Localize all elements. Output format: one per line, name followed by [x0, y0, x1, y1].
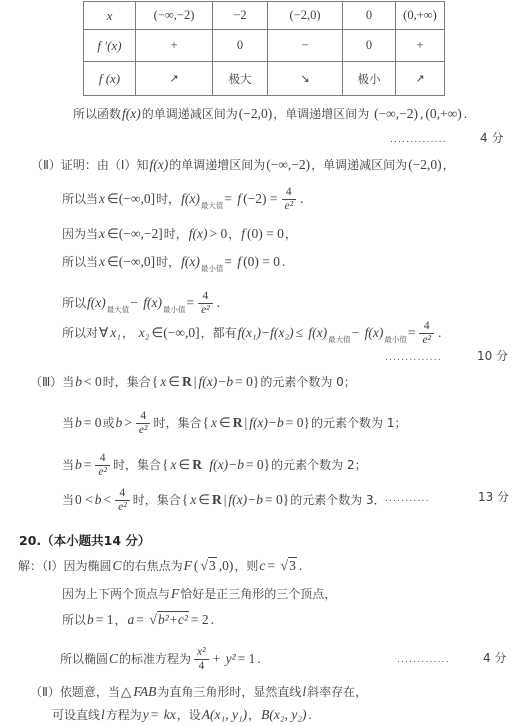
fraction: 4e² — [419, 320, 434, 347]
dots-leader-3: ........... — [385, 487, 430, 509]
table-cell: 极大 — [213, 62, 268, 96]
table-header-cell: (−∞,−2) — [136, 2, 213, 30]
heading-question-20: 20.（本小题共14 分） — [19, 531, 150, 551]
table-header-cell: (−2,0) — [268, 2, 343, 30]
table-header-cell: x — [84, 2, 136, 30]
document-page: x(−∞,−2)−2(−2,0)0(0,+∞)f ′(x)+0−0+f (x)↗… — [0, 0, 524, 726]
table-cell: 0 — [343, 30, 396, 62]
table-cell: − — [268, 30, 343, 62]
fraction: 4e² — [198, 290, 213, 317]
square-root: √3 — [280, 556, 296, 577]
fraction: 4e² — [115, 487, 130, 514]
dots-leader-4: ............. — [397, 648, 450, 670]
line-q20-focus: 解：（Ⅰ）因为椭圆C的右焦点为F(√3,0)，则c= √3. — [18, 556, 303, 577]
table-cell: 极小 — [343, 62, 396, 96]
table-cell: 0 — [213, 30, 268, 62]
table-cell: ↗ — [396, 62, 445, 96]
fraction: 4e² — [282, 186, 297, 213]
table-cell: f ′(x) — [84, 30, 136, 62]
table-cell: ↗ — [136, 62, 213, 96]
line-q20-triangle: 因为上下两个顶点与F恰好是正三角形的三个顶点， — [62, 584, 336, 604]
table-cell: ↘ — [268, 62, 343, 96]
line-q20-part2-intro: （Ⅱ）依题意，当△FAB为直角三角形时，显然直线l斜率存在， — [30, 682, 367, 702]
line-max-minus-min: 所以f(x)最大值− f(x)最小值=4e². — [62, 290, 221, 320]
score-13pts: 13 分 — [478, 487, 509, 507]
line-case-b-equal: 当b=4e²时，集合{x∈R f(x)−b= 0}的元素个数为 2； — [62, 452, 367, 479]
line-monotonic-summary: 所以函数f(x)的单调递减区间为(−2,0)，单调递增区间为 (−∞,−2),(… — [73, 104, 468, 124]
line-q20-line-setup: 可设直线l方程为y= kx，设A(x₁, y₁)，B(x₂, y₂). — [52, 705, 313, 725]
square-root: √b²+c² — [149, 610, 189, 631]
score-10pts: 10 分 — [477, 346, 508, 366]
fraction: x²4 — [194, 646, 209, 673]
table-header-cell: (0,+∞) — [396, 2, 445, 30]
table-cell: + — [136, 30, 213, 62]
score-4pts-2: 4 分 — [483, 648, 506, 668]
line-case-b-zero-or-large: 当b= 0或b>4e²时，集合{x∈R|f(x)−b= 0}的元素个数为 1； — [62, 410, 406, 437]
fraction: 4e² — [136, 410, 151, 437]
line-f-positive: 因为当x∈(−∞,−2]时，f(x)> 0，f(0) = 0， — [62, 224, 297, 244]
dots-leader-1: .............. — [390, 128, 447, 150]
line-min-value: 所以当x∈(−∞,0]时，f(x)最小值= f(0) = 0. — [62, 252, 286, 279]
score-4pts-1: 4 分 — [480, 128, 503, 148]
line-max-value: 所以当x∈(−∞,0]时，f(x)最大值= f(−2) =4e². — [62, 186, 304, 216]
table-header-cell: 0 — [343, 2, 396, 30]
line-part2-intro: （Ⅱ）证明：由（Ⅰ）知f(x)的单调递增区间为(−∞,−2)，单调递减区间为(−… — [31, 155, 455, 175]
table-cell: + — [396, 30, 445, 62]
table-header-cell: −2 — [213, 2, 268, 30]
line-case-b-negative: （Ⅲ）当b< 0时，集合{x∈R|f(x)−b= 0}的元素个数为 0； — [30, 372, 356, 392]
table-cell: f (x) — [84, 62, 136, 96]
monotonicity-variation-table: x(−∞,−2)−2(−2,0)0(0,+∞)f ′(x)+0−0+f (x)↗… — [83, 1, 445, 96]
line-q20-a-b-values: 所以b= 1，a= √b²+c²= 2. — [62, 610, 215, 631]
line-case-b-middle: 当0 <b<4e²时，集合{x∈R|f(x)−b= 0}的元素个数为 3． — [62, 487, 386, 514]
dots-leader-2: .............. — [385, 346, 442, 368]
fraction: 4e² — [95, 452, 110, 479]
line-q20-ellipse-equation: 所以椭圆C的标准方程为x²4+ y²= 1. — [60, 646, 262, 673]
square-root: √3 — [200, 556, 216, 577]
